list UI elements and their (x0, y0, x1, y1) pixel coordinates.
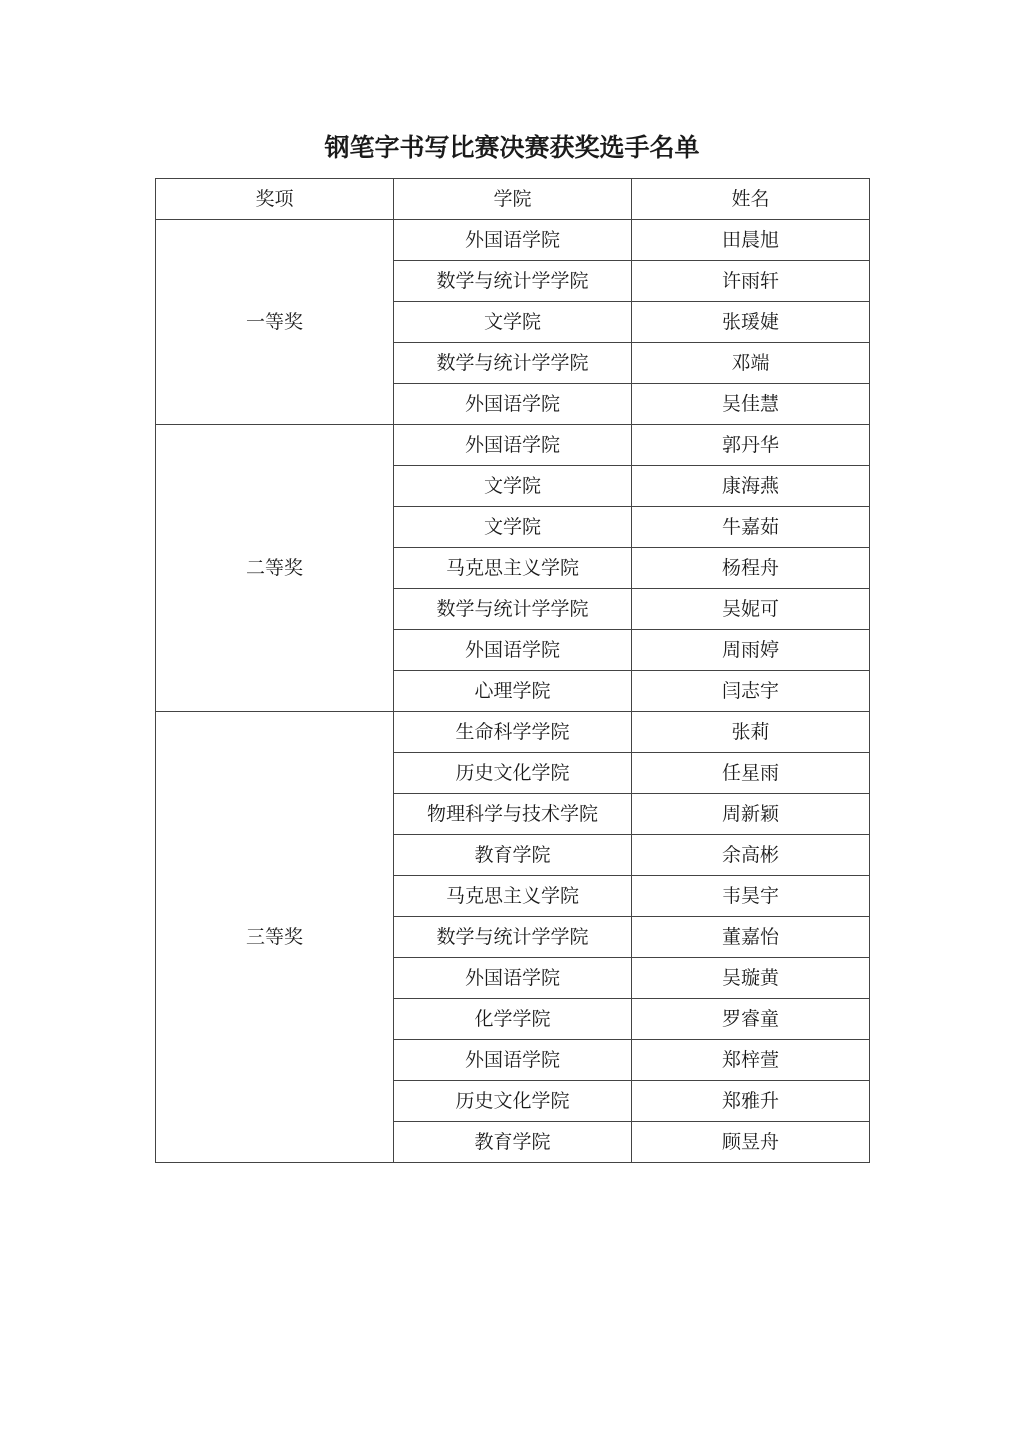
name-cell: 吴妮可 (632, 589, 870, 630)
college-cell: 心理学院 (394, 671, 632, 712)
document-title: 钢笔字书写比赛决赛获奖选手名单 (0, 130, 1024, 166)
college-cell: 教育学院 (394, 835, 632, 876)
table-row: 一等奖 外国语学院 田晨旭 (156, 220, 870, 261)
name-cell: 吴佳慧 (632, 384, 870, 425)
college-cell: 数学与统计学学院 (394, 589, 632, 630)
college-cell: 外国语学院 (394, 958, 632, 999)
college-cell: 物理科学与技术学院 (394, 794, 632, 835)
college-cell: 马克思主义学院 (394, 548, 632, 589)
awards-table: 奖项 学院 姓名 一等奖 外国语学院 田晨旭 数学与统计学学院 许雨轩 文学院 … (155, 178, 870, 1163)
college-cell: 马克思主义学院 (394, 876, 632, 917)
college-cell: 外国语学院 (394, 1040, 632, 1081)
name-cell: 许雨轩 (632, 261, 870, 302)
name-cell: 罗睿童 (632, 999, 870, 1040)
name-cell: 田晨旭 (632, 220, 870, 261)
college-cell: 外国语学院 (394, 630, 632, 671)
college-cell: 数学与统计学学院 (394, 917, 632, 958)
college-cell: 历史文化学院 (394, 753, 632, 794)
name-cell: 邓端 (632, 343, 870, 384)
award-cell-third: 三等奖 (156, 712, 394, 1163)
name-cell: 郑梓萱 (632, 1040, 870, 1081)
college-cell: 数学与统计学学院 (394, 343, 632, 384)
name-cell: 董嘉怡 (632, 917, 870, 958)
award-cell-first: 一等奖 (156, 220, 394, 425)
name-cell: 郭丹华 (632, 425, 870, 466)
name-cell: 吴璇黄 (632, 958, 870, 999)
table-row: 二等奖 外国语学院 郭丹华 (156, 425, 870, 466)
name-cell: 闫志宇 (632, 671, 870, 712)
name-cell: 顾昱舟 (632, 1122, 870, 1163)
name-cell: 张莉 (632, 712, 870, 753)
header-name: 姓名 (632, 179, 870, 220)
name-cell: 周雨婷 (632, 630, 870, 671)
college-cell: 文学院 (394, 507, 632, 548)
header-award: 奖项 (156, 179, 394, 220)
table-row: 三等奖 生命科学学院 张莉 (156, 712, 870, 753)
college-cell: 文学院 (394, 466, 632, 507)
college-cell: 外国语学院 (394, 220, 632, 261)
college-cell: 外国语学院 (394, 425, 632, 466)
name-cell: 牛嘉茹 (632, 507, 870, 548)
table-header-row: 奖项 学院 姓名 (156, 179, 870, 220)
name-cell: 任星雨 (632, 753, 870, 794)
name-cell: 周新颖 (632, 794, 870, 835)
college-cell: 历史文化学院 (394, 1081, 632, 1122)
name-cell: 杨程舟 (632, 548, 870, 589)
college-cell: 文学院 (394, 302, 632, 343)
header-college: 学院 (394, 179, 632, 220)
college-cell: 化学学院 (394, 999, 632, 1040)
name-cell: 郑雅升 (632, 1081, 870, 1122)
college-cell: 外国语学院 (394, 384, 632, 425)
college-cell: 生命科学学院 (394, 712, 632, 753)
college-cell: 教育学院 (394, 1122, 632, 1163)
name-cell: 余高彬 (632, 835, 870, 876)
name-cell: 韦昊宇 (632, 876, 870, 917)
name-cell: 张瑗婕 (632, 302, 870, 343)
college-cell: 数学与统计学学院 (394, 261, 632, 302)
name-cell: 康海燕 (632, 466, 870, 507)
award-cell-second: 二等奖 (156, 425, 394, 712)
